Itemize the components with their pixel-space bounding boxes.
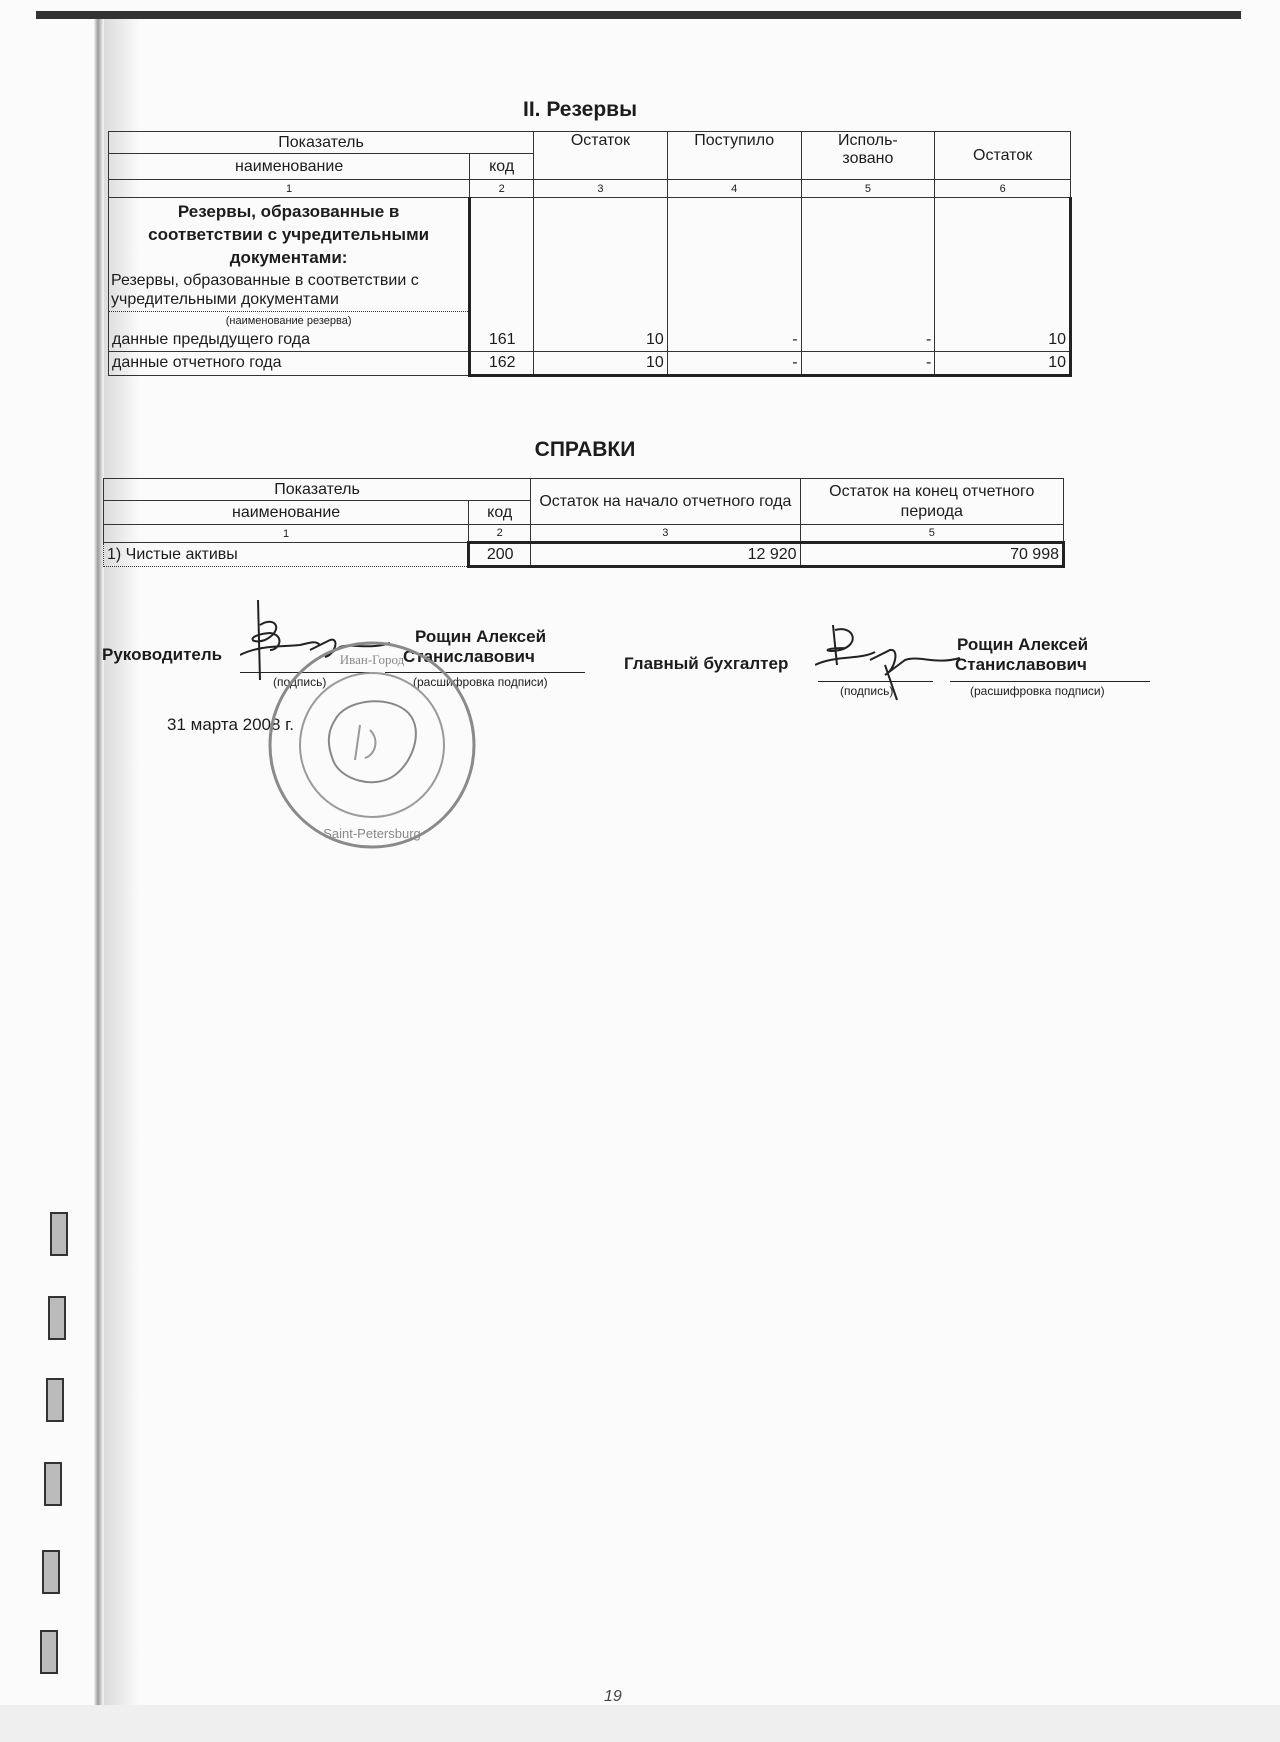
header-indicator: Показатель: [109, 132, 534, 154]
table-row: данные предыдущего года 161 10 - - 10: [109, 329, 1071, 351]
header-name: наименование: [109, 154, 470, 180]
row-received: -: [667, 329, 801, 351]
row-balance-end: 10: [935, 351, 1071, 375]
table-row: данные отчетного года 162 10 - - 10: [109, 351, 1071, 375]
reserve-name: Резервы, образованные в соответствии с у…: [109, 269, 468, 312]
group-title: Резервы, образованные в соответствии с у…: [109, 198, 468, 269]
col-num-2: 2: [469, 525, 531, 543]
row-code: 162: [470, 351, 534, 375]
header-balance-end: Остаток: [935, 132, 1071, 180]
chief-accountant-signature: [815, 620, 965, 710]
row-used: -: [801, 329, 935, 351]
company-seal-icon: Иван-Город Saint-Petersburg: [255, 640, 490, 850]
notes-title: СПРАВКИ: [510, 438, 660, 462]
reserve-name-caption: (наименование резерва): [109, 312, 468, 329]
row-balance-end: 70 998: [800, 543, 1063, 567]
col-num-2: 2: [470, 180, 534, 198]
chief-accountant-name-line2: Станиславович: [955, 655, 1088, 675]
header-used: Исполь- зовано: [801, 132, 935, 180]
col-num-5: 5: [801, 180, 935, 198]
header-balance-start: Остаток: [534, 132, 668, 180]
reserve-description-cell: Резервы, образованные в соответствии с у…: [109, 198, 470, 330]
row-balance-start: 12 920: [531, 543, 800, 567]
reserves-table: Показатель Остаток Поступило Исполь- зов…: [108, 131, 1072, 377]
row-label: данные предыдущего года: [109, 329, 470, 351]
svg-text:Saint-Petersburg: Saint-Petersburg: [323, 826, 421, 841]
director-role: Руководитель: [102, 645, 222, 665]
col-num-1: 1: [109, 180, 470, 198]
reserves-title: II. Резервы: [470, 98, 690, 122]
header-code: код: [470, 154, 534, 180]
row-code: 161: [470, 329, 534, 351]
table-row: 1) Чистые активы 200 12 920 70 998: [104, 543, 1064, 567]
chief-accountant-name-line1: Рощин Алексей: [955, 635, 1088, 655]
row-balance-start: 10: [534, 329, 668, 351]
row-balance-end: 10: [935, 329, 1071, 351]
binding-spine: [94, 19, 104, 1709]
row-code: 200: [469, 543, 531, 567]
row-received: -: [667, 351, 801, 375]
row-label: 1) Чистые активы: [104, 543, 469, 567]
col-num-1: 1: [104, 525, 469, 543]
header-balance-start: Остаток на начало отчетного года: [531, 479, 800, 525]
page-number: 19: [604, 1688, 622, 1706]
header-indicator: Показатель: [104, 479, 531, 501]
header-balance-end: Остаток на конец отчетного периода: [800, 479, 1063, 525]
row-used: -: [801, 351, 935, 375]
header-received: Поступило: [667, 132, 801, 180]
chief-accountant-name-line: [950, 681, 1150, 682]
col-num-4: 4: [667, 180, 801, 198]
header-name: наименование: [104, 501, 469, 525]
col-num-3: 3: [534, 180, 668, 198]
row-label: данные отчетного года: [109, 351, 470, 375]
col-num-3: 3: [531, 525, 800, 543]
svg-text:Иван-Город: Иван-Город: [340, 652, 405, 667]
col-num-6: 6: [935, 180, 1071, 198]
col-num-5: 5: [800, 525, 1063, 543]
row-balance-start: 10: [534, 351, 668, 375]
chief-accountant-name: Рощин Алексей Станиславович: [955, 635, 1088, 675]
header-code: код: [469, 501, 531, 525]
chief-accountant-role: Главный бухгалтер: [624, 654, 788, 674]
notes-table: Показатель Остаток на начало отчетного г…: [103, 478, 1065, 568]
scan-top-edge: [36, 11, 1241, 19]
scan-bottom-edge: [0, 1705, 1280, 1742]
chief-accountant-name-caption: (расшифровка подписи): [970, 684, 1105, 698]
